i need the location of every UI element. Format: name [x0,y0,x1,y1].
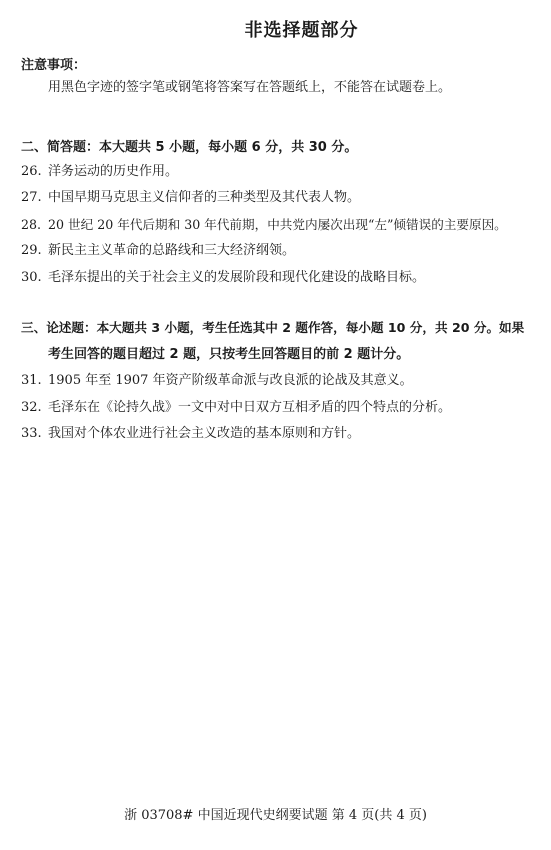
question-text: 20 世纪 20 年代后期和 30 年代前期，中共党内屡次出现“左”倾错误的主要… [48,217,507,232]
question-number: 28. [21,217,48,233]
question-number: 30. [21,270,48,286]
question-32: 32.毛泽东在《论持久战》一文中对中日双方互相矛盾的四个特点的分析。 [21,400,451,416]
section3-heading: 三、论述题：本大题共 3 小题，考生任选其中 2 题作答，每小题 10 分，共 … [21,320,524,336]
question-30: 30.毛泽东提出的关于社会主义的发展阶段和现代化建设的战略目标。 [21,270,425,286]
section2-heading: 二、简答题：本大题共 5 小题，每小题 6 分，共 30 分。 [21,140,357,156]
question-number: 32. [21,400,48,416]
question-number: 33. [21,426,48,442]
question-text: 洋务运动的历史作用。 [48,164,178,179]
question-31: 31.1905 年至 1907 年资产阶级革命派与改良派的论战及其意义。 [21,373,413,389]
notice-text: 用黑色字迹的签字笔或钢笔将答案写在答题纸上，不能答在试题卷上。 [48,80,451,96]
question-29: 29.新民主主义革命的总路线和三大经济纲领。 [21,243,295,259]
question-number: 26. [21,164,48,180]
question-text: 中国早期马克思主义信仰者的三种类型及其代表人物。 [48,190,360,205]
question-number: 31. [21,373,48,389]
question-text: 毛泽东提出的关于社会主义的发展阶段和现代化建设的战略目标。 [48,270,425,285]
question-text: 新民主主义革命的总路线和三大经济纲领。 [48,243,295,258]
page-footer: 浙 03708# 中国近现代史纲要试题 第 4 页(共 4 页) [0,808,551,824]
question-26: 26.洋务运动的历史作用。 [21,164,178,180]
question-text: 毛泽东在《论持久战》一文中对中日双方互相矛盾的四个特点的分析。 [48,400,451,415]
question-number: 27. [21,190,48,206]
question-text: 我国对个体农业进行社会主义改造的基本原则和方针。 [48,426,360,441]
question-27: 27.中国早期马克思主义信仰者的三种类型及其代表人物。 [21,190,360,206]
notice-heading: 注意事项： [21,58,86,74]
question-28: 28.20 世纪 20 年代后期和 30 年代前期，中共党内屡次出现“左”倾错误… [21,217,507,233]
question-33: 33.我国对个体农业进行社会主义改造的基本原则和方针。 [21,426,360,442]
question-text: 1905 年至 1907 年资产阶级革命派与改良派的论战及其意义。 [48,373,413,388]
section3-heading-continued: 考生回答的题目超过 2 题，只按考生回答题目的前 2 题计分。 [48,347,409,363]
page-title: 非选择题部分 [0,20,551,42]
question-number: 29. [21,243,48,259]
